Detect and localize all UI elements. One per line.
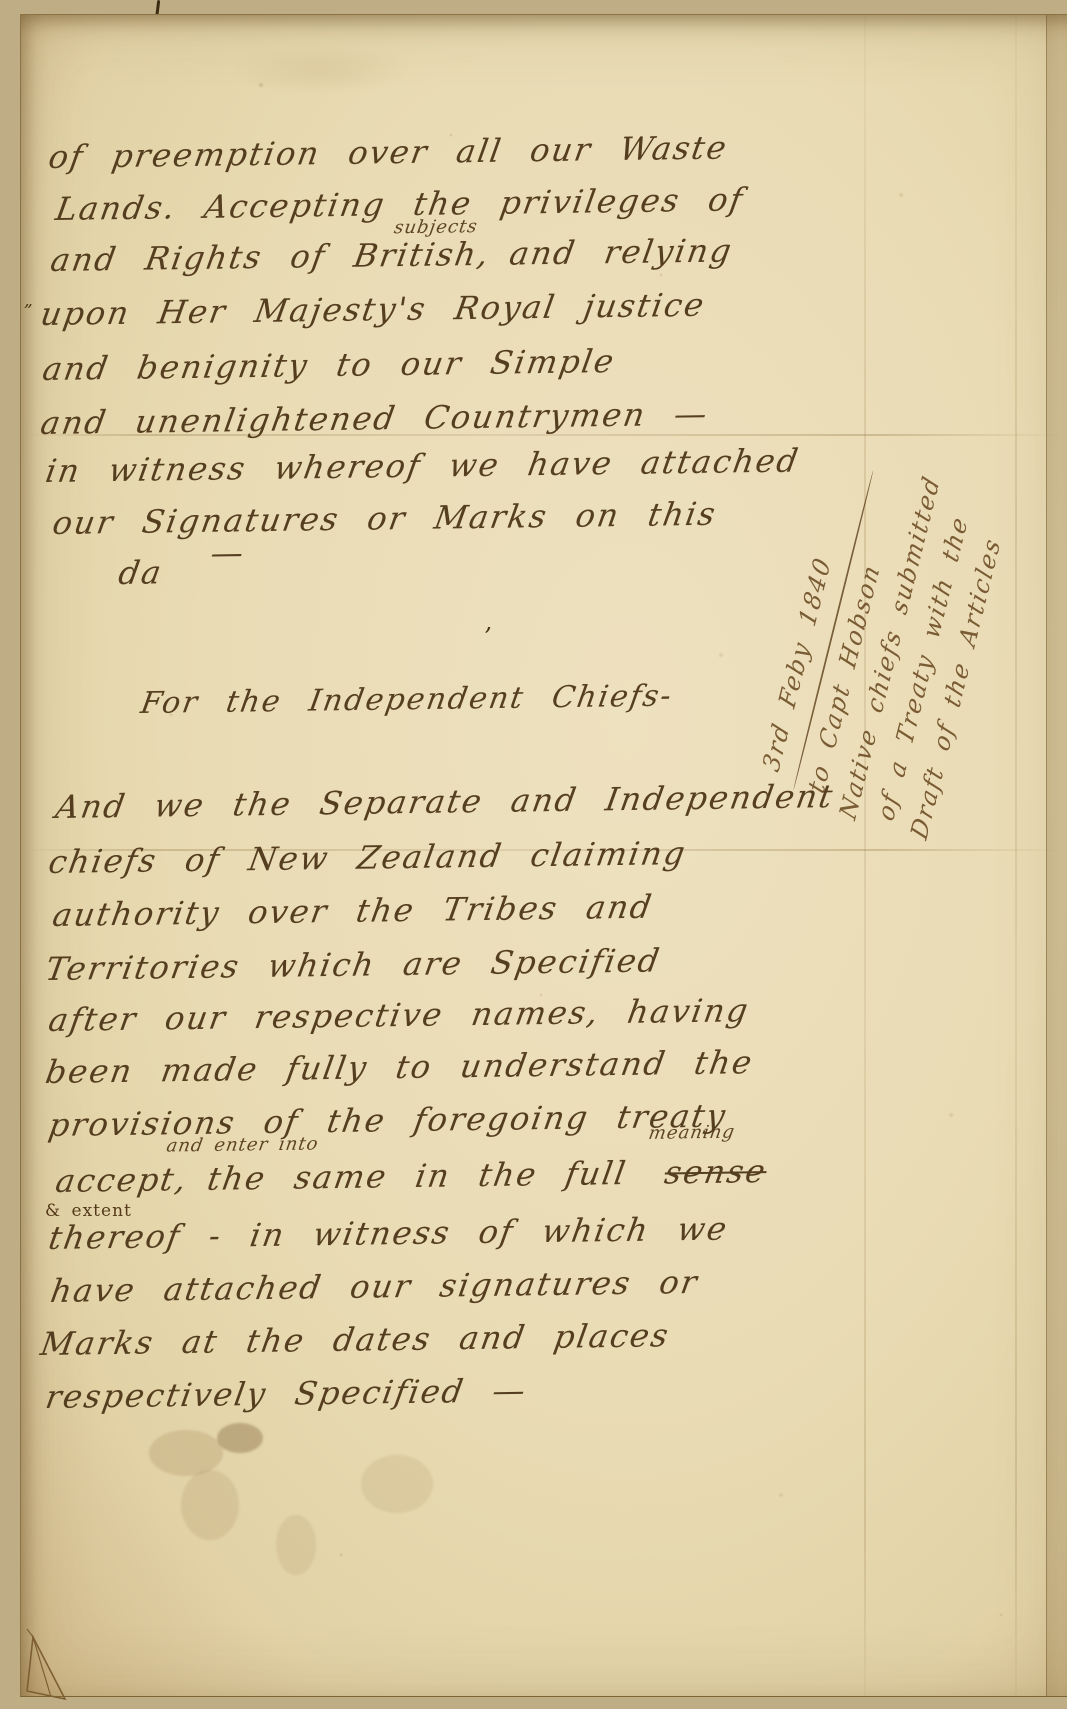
ink-smudge (361, 1455, 433, 1513)
manuscript-dash: — (208, 537, 247, 569)
line-text: accept, (53, 1160, 191, 1200)
line-text: and relying (507, 232, 736, 273)
margin-caret-mark: „ (24, 291, 33, 311)
corner-triangle-doodle (21, 1627, 131, 1705)
manuscript-line: upon Her Majesty's Royal justice (38, 289, 707, 330)
line-text: the same in the full (205, 1154, 630, 1198)
fold-crease-vertical-1 (864, 15, 866, 1696)
struck-word-sense: sense (662, 1152, 770, 1191)
inserted-phrase-and-enter-into: and enter into (165, 1135, 320, 1155)
manuscript-line: been made fully to understand the (43, 1046, 755, 1088)
docket-rotated-block: Draft of the Articles of a Treaty with t… (746, 397, 1036, 842)
ink-smudge (181, 1470, 239, 1540)
manuscript-line-with-insertion: and Rights of British,and relying subjec… (48, 235, 735, 276)
manuscript-line: authority over the Tribes and (50, 891, 655, 931)
manuscript-word-da: da (116, 556, 165, 589)
fold-crease-vertical-2 (1015, 15, 1017, 1696)
manuscript-line: chiefs of New Zealand claiming (46, 837, 689, 878)
manuscript-line: in witness whereof we have attached (43, 445, 802, 487)
interline-ink-mark: ’ (484, 623, 492, 651)
ink-smudge (217, 1423, 263, 1453)
inserted-word-meaning: meaning (647, 1124, 736, 1143)
section-heading: For the Independent Chiefs- (139, 682, 675, 719)
manuscript-line: Territories which are Specified (43, 944, 663, 985)
manuscript-line: after our respective names, having (46, 994, 751, 1036)
manuscript-line: respectively Specified — (43, 1374, 529, 1413)
inserted-word-subjects: subjects (393, 218, 479, 237)
docket-annotation: Draft of the Articles of a Treaty with t… (751, 397, 1031, 842)
manuscript-line: provisions of the foregoing treaty (46, 1100, 729, 1141)
scanned-document-page: of preemption over all our Waste Lands. … (0, 0, 1067, 1709)
manuscript-line: have attached our signatures or (48, 1266, 701, 1307)
line-text: and Rights of British, (48, 235, 493, 279)
ink-smudge (149, 1430, 223, 1476)
manuscript-line: and benignity to our Simple (40, 345, 617, 385)
manuscript-line: and unenlightened Countrymen — (38, 398, 711, 439)
ink-smudge (276, 1515, 316, 1575)
manuscript-line: thereof - in witness of which we (46, 1213, 730, 1254)
manuscript-paper: of preemption over all our Waste Lands. … (20, 14, 1067, 1697)
manuscript-line: Marks at the dates and places (38, 1319, 672, 1360)
manuscript-line: of preemption over all our Waste (46, 132, 730, 173)
manuscript-line: And we the Separate and Independent (53, 780, 836, 823)
manuscript-line: our Signatures or Marks on this (50, 498, 719, 539)
right-sheet-edge (1046, 15, 1067, 1696)
manuscript-line-with-corrections: accept,the same in the full sense and en… (53, 1155, 769, 1197)
